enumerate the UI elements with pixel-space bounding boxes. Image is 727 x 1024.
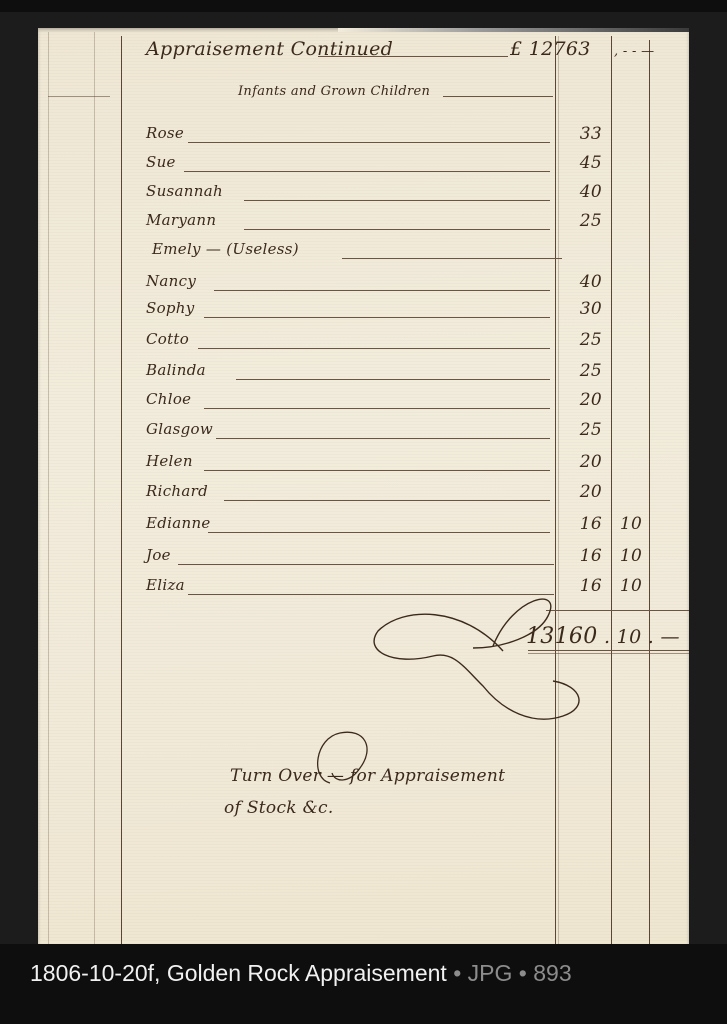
pound-sign-flourish-icon (363, 576, 603, 736)
subheading: Infants and Grown Children (238, 84, 430, 99)
entry-rule (216, 438, 550, 439)
entry-rule (342, 258, 562, 259)
page-edge-shadow (338, 28, 689, 32)
document-page[interactable]: Appraisement Continued £ 12763 , - - — I… (38, 28, 689, 954)
entry-name: Eliza (146, 576, 185, 594)
entry-pounds: 40 (562, 182, 602, 202)
entry-pounds: 33 (562, 124, 602, 144)
caption-count: 893 (533, 960, 571, 986)
footer-stock: of Stock &c. (224, 798, 334, 818)
entry-pounds: 45 (562, 153, 602, 173)
pounds-column-rule (555, 36, 556, 952)
entry-name: Glasgow (146, 420, 213, 438)
entry-pounds: 20 (562, 452, 602, 472)
entry-pounds: 16 (562, 514, 602, 534)
heading-rule (318, 56, 508, 57)
caption-separator: • (512, 960, 533, 986)
entry-rule (198, 348, 550, 349)
entry-rule (188, 142, 550, 143)
entry-shillings: 10 (614, 514, 648, 534)
margin-rule-outer (48, 32, 49, 952)
entry-pounds: 16 (562, 546, 602, 566)
entry-name: Susannah (146, 182, 223, 200)
entry-name: Nancy (146, 272, 196, 290)
subheading-rule (443, 96, 553, 97)
caption: 1806-10-20f, Golden Rock Appraisement • … (30, 960, 572, 987)
entry-pounds: 20 (562, 390, 602, 410)
entry-name: Maryann (146, 211, 216, 229)
shillings-column-rule (611, 36, 612, 952)
entry-pounds: 25 (562, 330, 602, 350)
entry-rule (204, 317, 550, 318)
entry-name: Balinda (146, 361, 206, 379)
entry-name: Rose (146, 124, 184, 142)
margin-rule-faint (94, 32, 95, 952)
margin-rule-left (121, 36, 122, 952)
entry-name: Chloe (146, 390, 191, 408)
grand-total-shillings: . 10 . — (604, 626, 680, 648)
entry-rule (224, 500, 550, 501)
entry-rule (204, 470, 550, 471)
entry-rule (208, 532, 550, 533)
entry-rule (204, 408, 550, 409)
entry-rule (244, 200, 550, 201)
brought-forward-tail: , - - — (614, 44, 654, 59)
entry-pounds: 25 (562, 361, 602, 381)
top-bar (0, 0, 727, 12)
footer-turn-over: Turn Over — for Appraisement (230, 766, 505, 786)
entry-shillings: 10 (614, 576, 648, 596)
entry-pounds: 30 (562, 299, 602, 319)
brought-forward-amount: £ 12763 (510, 38, 591, 60)
entry-name: Joe (146, 546, 171, 564)
image-viewer: Appraisement Continued £ 12763 , - - — I… (0, 12, 727, 944)
caption-format: JPG (468, 960, 513, 986)
pence-column-rule (649, 40, 650, 952)
entry-rule (236, 379, 550, 380)
entry-name: Sue (146, 153, 176, 171)
entry-name: Emely — (Useless) (152, 240, 299, 258)
entry-pounds: 40 (562, 272, 602, 292)
pounds-column-rule-double (558, 36, 559, 952)
caption-bar: 1806-10-20f, Golden Rock Appraisement • … (0, 944, 727, 1024)
entry-name: Sophy (146, 299, 195, 317)
entry-rule (184, 171, 550, 172)
entry-rule (214, 290, 550, 291)
entry-name: Helen (146, 452, 193, 470)
entry-rule (178, 564, 554, 565)
entry-pounds: 20 (562, 482, 602, 502)
entry-name: Edianne (146, 514, 211, 532)
section-rule-left (48, 96, 110, 97)
entry-rule (244, 229, 550, 230)
entry-pounds: 25 (562, 211, 602, 231)
entry-name: Richard (146, 482, 208, 500)
entry-shillings: 10 (614, 546, 648, 566)
entry-pounds: 25 (562, 420, 602, 440)
caption-title[interactable]: 1806-10-20f, Golden Rock Appraisement (30, 960, 447, 986)
entry-name: Cotto (146, 330, 189, 348)
caption-separator: • (447, 960, 468, 986)
grand-total-pounds: 13160 (526, 624, 598, 649)
